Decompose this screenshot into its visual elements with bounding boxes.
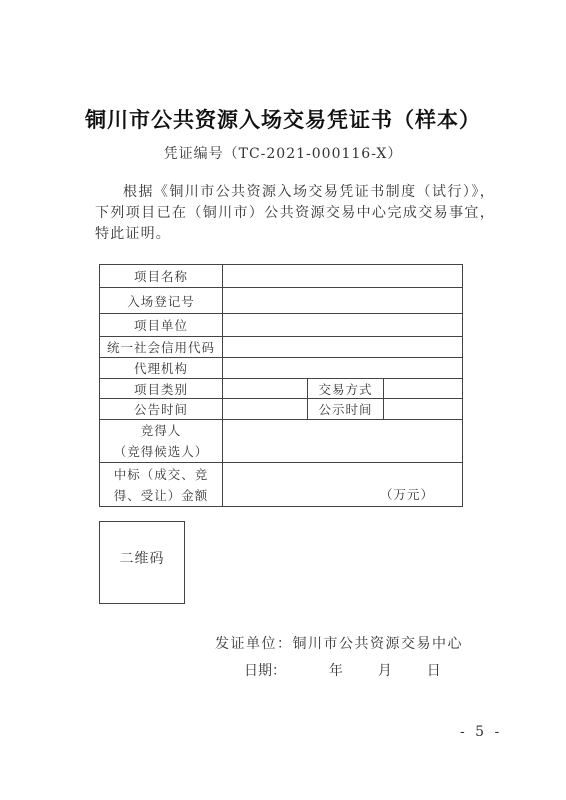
certificate-number: 凭证编号（TC-2021-000116-X）	[0, 143, 566, 163]
label-amount-line1: 中标（成交、竞	[100, 464, 222, 485]
table-row: 公告时间 公示时间	[100, 399, 463, 420]
value-credit-code	[223, 337, 463, 358]
date-year: 年	[329, 660, 343, 680]
label-amount: 中标（成交、竞 得、受让）金额	[100, 463, 223, 507]
qr-code-box: 二维码	[99, 521, 185, 604]
label-winner-line1: 竞得人	[100, 420, 222, 441]
page-number: - 5 -	[460, 724, 502, 740]
value-project-name	[223, 265, 463, 288]
table-row: 代理机构	[100, 358, 463, 379]
value-project-category	[223, 379, 308, 399]
qr-code-label: 二维码	[100, 548, 184, 568]
date-line: 日期： 年 月 日	[244, 660, 441, 680]
amount-unit: （万元）	[380, 485, 434, 503]
issuer: 发证单位：铜川市公共资源交易中心	[215, 633, 463, 653]
label-project-name: 项目名称	[100, 265, 223, 288]
label-project-unit: 项目单位	[100, 314, 223, 337]
value-winner	[223, 420, 463, 463]
value-announce-time	[223, 399, 308, 420]
date-month: 月	[378, 660, 392, 680]
label-trade-method: 交易方式	[308, 379, 384, 399]
value-publicity-time	[384, 399, 463, 420]
label-amount-line2: 得、受让）金额	[100, 485, 222, 506]
value-amount: （万元）	[223, 463, 463, 507]
label-winner: 竞得人 （竞得候选人）	[100, 420, 223, 463]
label-credit-code: 统一社会信用代码	[100, 337, 223, 358]
table-row: 项目类别 交易方式	[100, 379, 463, 399]
intro-paragraph: 根据《铜川市公共资源入场交易凭证书制度（试行）》，下列项目已在（铜川市）公共资源…	[95, 182, 495, 245]
table-row: 项目单位	[100, 314, 463, 337]
value-project-unit	[223, 314, 463, 337]
label-announce-time: 公告时间	[100, 399, 223, 420]
label-agency: 代理机构	[100, 358, 223, 379]
value-trade-method	[384, 379, 463, 399]
table-row: 竞得人 （竞得候选人）	[100, 420, 463, 463]
date-day: 日	[427, 660, 441, 680]
table-row: 统一社会信用代码	[100, 337, 463, 358]
date-label: 日期：	[244, 660, 286, 680]
label-publicity-time: 公示时间	[308, 399, 384, 420]
table-row: 中标（成交、竞 得、受让）金额 （万元）	[100, 463, 463, 507]
value-registration-number	[223, 288, 463, 314]
table-row: 入场登记号	[100, 288, 463, 314]
label-registration-number: 入场登记号	[100, 288, 223, 314]
label-winner-line2: （竞得候选人）	[100, 441, 222, 462]
document-title: 铜川市公共资源入场交易凭证书（样本）	[0, 104, 566, 134]
label-project-category: 项目类别	[100, 379, 223, 399]
table-row: 项目名称	[100, 265, 463, 288]
certificate-table: 项目名称 入场登记号 项目单位 统一社会信用代码 代理机构 项目类别 交易方式 …	[99, 264, 463, 507]
value-agency	[223, 358, 463, 379]
